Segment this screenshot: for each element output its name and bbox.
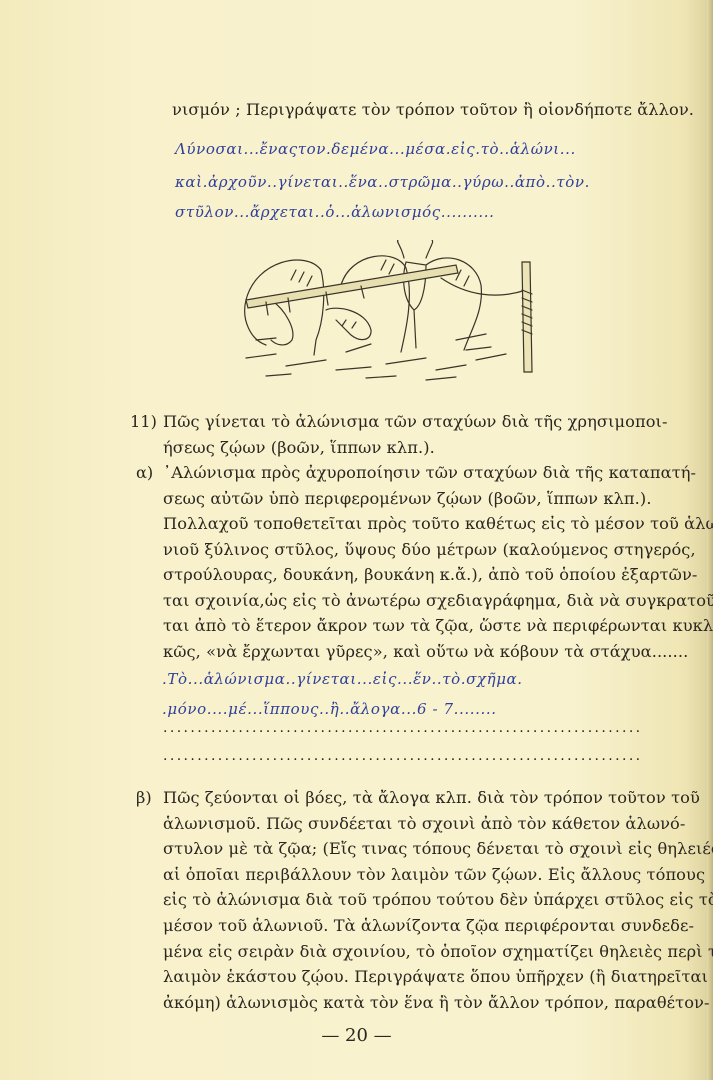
item-b-line-6: μέσον τοῦ ἁλωνιοῦ. Τὰ ἁλωνίζοντα ζῷα περ…: [163, 916, 694, 935]
question-11-line-1: Πῶς γίνεται τὸ ἁλώνισμα τῶν σταχύων διὰ …: [163, 412, 668, 431]
item-a-line-4: νιοῦ ξύλινος στῦλος, ὕψους δύο μέτρων (κ…: [163, 540, 696, 559]
item-b-line-2: ἁλωνισμοῦ. Πῶς συνδέεται τὸ σχοινὶ ἀπὸ τ…: [163, 814, 685, 833]
item-b-label: β): [136, 788, 152, 807]
item-b-line-7: μένα εἰς σειρὰν διὰ σχοινίου, τὸ ὁποῖον …: [163, 942, 713, 961]
blank-answer-line[interactable]: ........................................…: [163, 748, 708, 764]
page-spine-shadow: [707, 0, 713, 1080]
blank-answer-line[interactable]: ........................................…: [163, 720, 708, 736]
item-a-label: α): [136, 463, 153, 482]
ox-threshing-illustration: [226, 240, 556, 385]
question-number: 11): [130, 412, 157, 431]
handwritten-answer-line-3: στῦλον...ἄρχεται..ὁ...ἁλωνισμός.........…: [175, 203, 494, 221]
item-a-line-6: ται σχοινία,ὡς εἰς τὸ ἀνωτέρω σχεδιαγράφ…: [163, 591, 713, 610]
page-number: — 20 —: [0, 1025, 713, 1046]
item-b-line-9: ἀκόμη) ἁλωνισμὸς κατὰ τὸν ἕνα ἢ τὸν ἄλλο…: [163, 993, 710, 1012]
document-page: νισμόν ; Περιγράψατε τὸν τρόπον τοῦτον ἢ…: [0, 0, 713, 1080]
item-a-line-1: ᾿Αλώνισμα πρὸς ἀχυροποίησιν τῶν σταχύων …: [163, 463, 696, 482]
item-b-line-1: Πῶς ζεύονται οἱ βόες, τὰ ἄλογα κλπ. διὰ …: [163, 788, 700, 807]
item-a-line-5: στρούλουρας, δουκάνη, βουκάνη κ.ἄ.), ἀπὸ…: [163, 565, 697, 584]
item-a-line-7: ται ἀπὸ τὸ ἕτερον ἄκρον των τὰ ζῷα, ὥστε…: [163, 616, 713, 635]
intro-line: νισμόν ; Περιγράψατε τὸν τρόπον τοῦτον ἢ…: [172, 100, 694, 119]
item-a-handwritten-line-1: .Τὸ...ἁλώνισμα..γίνεται...εἰς...ἕν..τὸ.σ…: [162, 670, 523, 688]
question-11-line-2: ήσεως ζῴων (βοῶν, ἵππων κλπ.).: [163, 438, 435, 457]
item-b-line-3: στυλον μὲ τὰ ζῷα; (Εἴς τινας τόπους δένε…: [163, 839, 713, 858]
item-b-line-8: λαιμὸν ἑκάστου ζῴου. Περιγράψατε ὅπου ὑπ…: [163, 967, 708, 986]
item-a-line-3: Πολλαχοῦ τοποθετεῖται πρὸς τοῦτο καθέτως…: [163, 514, 713, 533]
item-b-line-4: αἱ ὁποῖαι περιβάλλουν τὸν λαιμὸν τῶν ζῴω…: [163, 865, 705, 884]
item-b-line-5: εἰς τὸ ἁλώνισμα διὰ τοῦ τρόπου τούτου δὲ…: [163, 890, 713, 909]
item-a-handwritten-line-2: .μόνο....μέ...ἵππους..ἢ..ἄλογα...6 - 7..…: [162, 700, 497, 718]
handwritten-answer-line-1: Λύνοσαι...ἔναςτον.δεμένα...μέσα.εἰς.τὸ..…: [175, 140, 576, 158]
handwritten-answer-line-2: καὶ.ἀρχοῦν..γίνεται..ἕνα..στρῶμα..γύρω..…: [175, 173, 590, 191]
item-a-line-8: κῶς, «νὰ ἔρχωνται γῦρες», καὶ οὕτω νὰ κό…: [163, 642, 688, 661]
item-a-line-2: σεως αὐτῶν ὑπὸ περιφερομένων ζῴων (βοῶν,…: [163, 489, 652, 508]
